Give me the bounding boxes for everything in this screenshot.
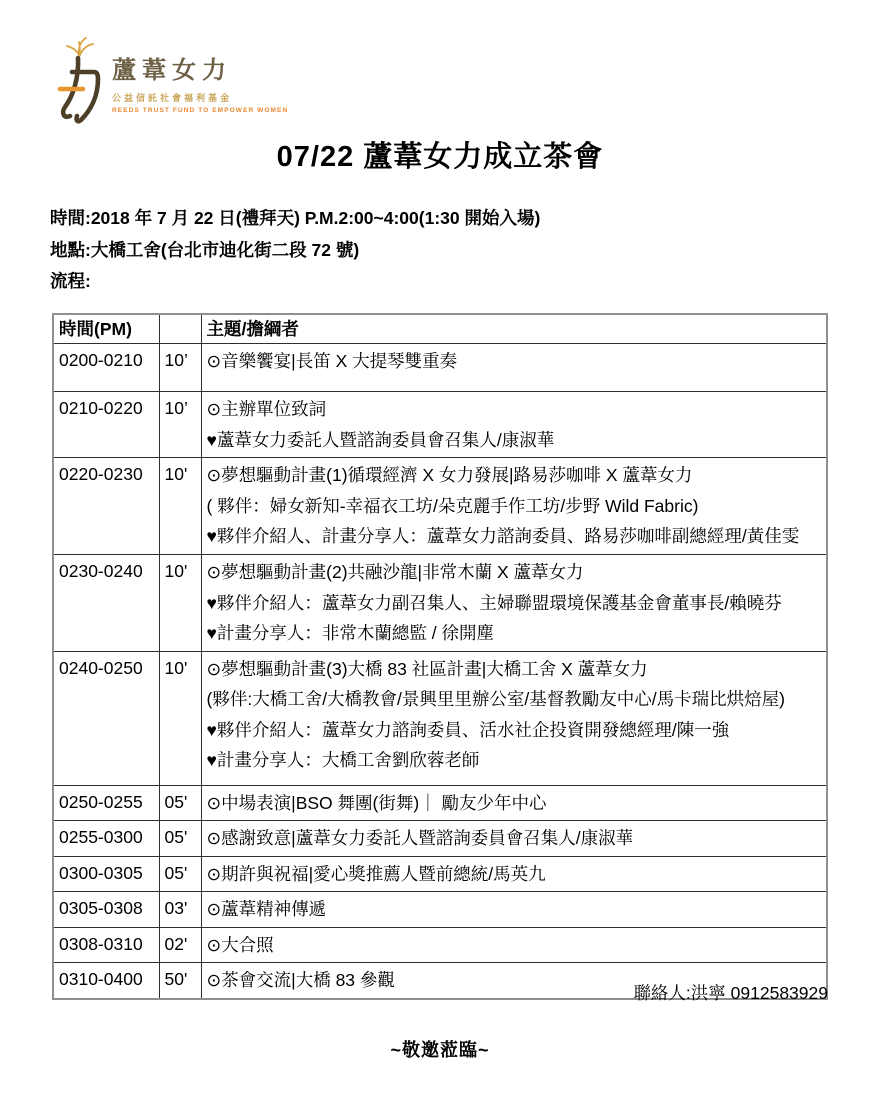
agenda-row-duration: 10' — [159, 555, 201, 652]
agenda-row: 0300-030505'⊙期許與祝福|愛心獎推薦人暨前總統/馬英九 — [53, 856, 827, 892]
agenda-row-duration: 50' — [159, 963, 201, 999]
agenda-row-topic: ⊙夢想驅動計畫(2)共融沙龍|非常木蘭 X 蘆葦女力♥夥伴介紹人：蘆葦女力副召集… — [201, 555, 827, 652]
agenda-row-time: 0220-0230 — [53, 458, 159, 555]
page-title: 07/22 蘆葦女力成立茶會 — [0, 134, 880, 175]
agenda-row: 0220-023010'⊙夢想驅動計畫(1)循環經濟 X 女力發展|路易莎咖啡 … — [53, 458, 827, 555]
agenda-row: 0200-021010’⊙音樂饗宴|長笛 X 大提琴雙重奏 — [53, 344, 827, 392]
agenda-topic-line: ( 夥伴：婦女新知-幸福衣工坊/朵克麗手作工坊/步野 Wild Fabric) — [207, 491, 822, 522]
agenda-topic-line: ♥夥伴介紹人：蘆葦女力諮詢委員、活水社企投資開發總經理/陳一強 — [207, 715, 822, 746]
agenda-row: 0240-025010'⊙夢想驅動計畫(3)大橋 83 社區計畫|大橋工舍 X … — [53, 651, 827, 785]
agenda-header-row: 時間(PM) 主題/擔綱者 — [53, 314, 827, 344]
logo: 蘆葦女力 公益信託社會福利基金 REEDS TRUST FUND TO EMPO… — [57, 36, 288, 128]
agenda-topic-line: ⊙夢想驅動計畫(2)共融沙龍|非常木蘭 X 蘆葦女力 — [207, 557, 822, 588]
agenda-row: 0230-024010'⊙夢想驅動計畫(2)共融沙龍|非常木蘭 X 蘆葦女力♥夥… — [53, 555, 827, 652]
contact-line: 聯絡人:洪寧 0912583929 — [633, 980, 828, 1005]
col-header-topic: 主題/擔綱者 — [201, 314, 827, 344]
logo-subtitle: 公益信託社會福利基金 — [112, 91, 288, 104]
agenda-topic-line: ⊙期許與祝福|愛心獎推薦人暨前總統/馬英九 — [207, 859, 822, 890]
agenda-row-duration: 03' — [159, 892, 201, 928]
agenda-row-duration: 10' — [159, 458, 201, 555]
info-agenda-label: 流程: — [50, 266, 540, 298]
agenda-row-duration: 10' — [159, 651, 201, 785]
agenda-row-time: 0300-0305 — [53, 856, 159, 892]
agenda-row: 0210-022010’⊙主辦單位致詞♥蘆葦女力委託人暨諮詢委員會召集人/康淑華 — [53, 392, 827, 458]
agenda-row-time: 0308-0310 — [53, 927, 159, 963]
agenda-topic-line: ⊙蘆葦精神傳遞 — [207, 894, 822, 925]
agenda-topic-line: ⊙中場表演|BSO 舞團(街舞)｜ 勵友少年中心 — [207, 788, 822, 819]
agenda-row-topic: ⊙音樂饗宴|長笛 X 大提琴雙重奏 — [201, 344, 827, 392]
agenda-topic-line: ⊙夢想驅動計畫(3)大橋 83 社區計畫|大橋工舍 X 蘆葦女力 — [207, 654, 822, 685]
agenda-row-time: 0200-0210 — [53, 344, 159, 392]
agenda-topic-line: ⊙大合照 — [207, 930, 822, 961]
agenda-table: 時間(PM) 主題/擔綱者 0200-021010’⊙音樂饗宴|長笛 X 大提琴… — [52, 313, 828, 1000]
logo-name: 蘆葦女力 — [112, 58, 288, 84]
agenda-row-duration: 05' — [159, 785, 201, 821]
agenda-row-time: 0250-0255 — [53, 785, 159, 821]
col-header-time: 時間(PM) — [53, 314, 159, 344]
closing-line: ~敬邀蒞臨~ — [0, 1036, 880, 1062]
col-header-duration — [159, 314, 201, 344]
agenda-row-time: 0310-0400 — [53, 963, 159, 999]
agenda-row-time: 0255-0300 — [53, 821, 159, 857]
event-flyer-page: 蘆葦女力 公益信託社會福利基金 REEDS TRUST FUND TO EMPO… — [0, 0, 880, 1108]
agenda-topic-line: (夥伴:大橋工舍/大橋教會/景興里里辦公室/基督教勵友中心/馬卡瑞比烘焙屋) — [207, 684, 822, 715]
info-location-line: 地點:大橋工舍(台北市迪化街二段 72 號) — [50, 235, 540, 267]
agenda-topic-line: ♥夥伴介紹人、計畫分享人：蘆葦女力諮詢委員、路易莎咖啡副總經理/黃佳雯 — [207, 521, 822, 552]
agenda-row: 0308-031002'⊙大合照 — [53, 927, 827, 963]
agenda-topic-line: ⊙夢想驅動計畫(1)循環經濟 X 女力發展|路易莎咖啡 X 蘆葦女力 — [207, 460, 822, 491]
agenda-row: 0255-030005'⊙感謝致意|蘆葦女力委託人暨諮詢委員會召集人/康淑華 — [53, 821, 827, 857]
agenda-row: 0250-025505'⊙中場表演|BSO 舞團(街舞)｜ 勵友少年中心 — [53, 785, 827, 821]
agenda-topic-line: ⊙主辦單位致詞 — [207, 394, 822, 425]
agenda-row-duration: 10’ — [159, 392, 201, 458]
logo-subtitle-en: REEDS TRUST FUND TO EMPOWER WOMEN — [112, 107, 288, 114]
logo-text: 蘆葦女力 公益信託社會福利基金 REEDS TRUST FUND TO EMPO… — [112, 36, 288, 114]
agenda-row-topic: ⊙夢想驅動計畫(3)大橋 83 社區計畫|大橋工舍 X 蘆葦女力(夥伴:大橋工舍… — [201, 651, 827, 785]
agenda-row-topic: ⊙主辦單位致詞♥蘆葦女力委託人暨諮詢委員會召集人/康淑華 — [201, 392, 827, 458]
agenda-topic-line: ⊙音樂饗宴|長笛 X 大提琴雙重奏 — [207, 346, 822, 377]
agenda-row-topic: ⊙期許與祝福|愛心獎推薦人暨前總統/馬英九 — [201, 856, 827, 892]
info-time-line: 時間:2018 年 7 月 22 日(禮拜天) P.M.2:00~4:00(1:… — [50, 203, 540, 235]
agenda-row-topic: ⊙感謝致意|蘆葦女力委託人暨諮詢委員會召集人/康淑華 — [201, 821, 827, 857]
agenda-row: 0305-030803'⊙蘆葦精神傳遞 — [53, 892, 827, 928]
event-info: 時間:2018 年 7 月 22 日(禮拜天) P.M.2:00~4:00(1:… — [50, 203, 540, 298]
agenda-row-topic: ⊙蘆葦精神傳遞 — [201, 892, 827, 928]
agenda-row-topic: ⊙中場表演|BSO 舞團(街舞)｜ 勵友少年中心 — [201, 785, 827, 821]
logo-mark-icon — [57, 36, 103, 128]
agenda-row-topic: ⊙大合照 — [201, 927, 827, 963]
agenda-topic-line: ⊙感謝致意|蘆葦女力委託人暨諮詢委員會召集人/康淑華 — [207, 823, 822, 854]
agenda-topic-line: ♥蘆葦女力委託人暨諮詢委員會召集人/康淑華 — [207, 425, 822, 456]
agenda-row-duration: 05' — [159, 821, 201, 857]
agenda-row-duration: 05' — [159, 856, 201, 892]
agenda-row-topic: ⊙夢想驅動計畫(1)循環經濟 X 女力發展|路易莎咖啡 X 蘆葦女力( 夥伴：婦… — [201, 458, 827, 555]
agenda-row-time: 0230-0240 — [53, 555, 159, 652]
agenda-row-duration: 02' — [159, 927, 201, 963]
agenda-row-time: 0210-0220 — [53, 392, 159, 458]
agenda-topic-line: ♥夥伴介紹人：蘆葦女力副召集人、主婦聯盟環境保護基金會董事長/賴曉芬 — [207, 588, 822, 619]
agenda-topic-line: ♥計畫分享人：大橋工舍劉欣蓉老師 — [207, 745, 822, 776]
agenda-row-time: 0305-0308 — [53, 892, 159, 928]
agenda-table-body: 0200-021010’⊙音樂饗宴|長笛 X 大提琴雙重奏0210-022010… — [53, 344, 827, 999]
agenda-row-duration: 10’ — [159, 344, 201, 392]
agenda-row-time: 0240-0250 — [53, 651, 159, 785]
agenda-topic-line: ♥計畫分享人：非常木蘭總監 / 徐開塵 — [207, 618, 822, 649]
